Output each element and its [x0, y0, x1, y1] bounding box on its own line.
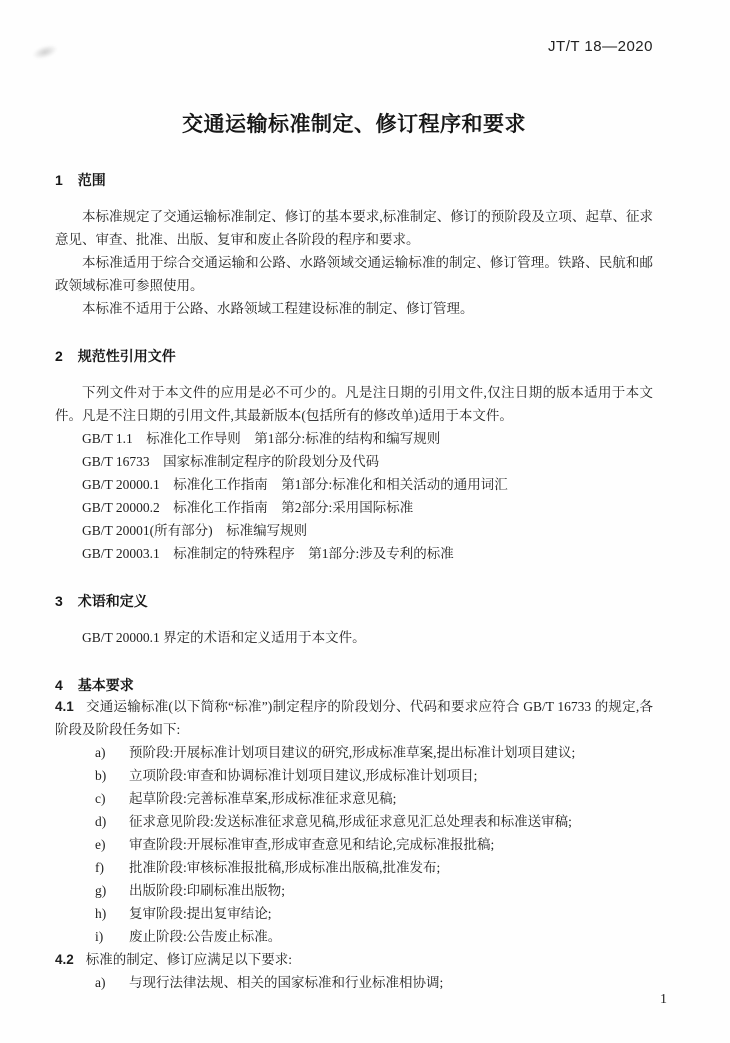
list-item-marker: i)	[95, 925, 129, 948]
section-2-number: 2	[55, 346, 63, 366]
list-item-marker: e)	[95, 833, 129, 856]
list-item-marker: d)	[95, 810, 129, 833]
section-2-title: 规范性引用文件	[78, 346, 176, 366]
reference-item: GB/T 20000.1 标准化工作指南 第1部分:标准化和相关活动的通用词汇	[55, 473, 653, 496]
list-item-marker: a)	[95, 971, 129, 994]
section-1-paragraph: 本标准不适用于公路、水路领域工程建设标准的制定、修订管理。	[55, 297, 653, 320]
list-item: h) 复审阶段:提出复审结论;	[55, 902, 653, 925]
list-item-text: 复审阶段:提出复审结论;	[129, 902, 653, 925]
document-code: JT/T 18—2020	[55, 38, 653, 56]
list-item: c) 起草阶段:完善标准草案,形成标准征求意见稿;	[55, 787, 653, 810]
list-item: g) 出版阶段:印刷标准出版物;	[55, 879, 653, 902]
list-item: a) 预阶段:开展标准计划项目建议的研究,形成标准草案,提出标准计划项目建议;	[55, 741, 653, 764]
section-1-paragraph: 本标准规定了交通运输标准制定、修订的基本要求,标准制定、修订的预阶段及立项、起草…	[55, 205, 653, 251]
section-4-number: 4	[55, 675, 63, 695]
clause-4-1: 4.1交通运输标准(以下简称“标准”)制定程序的阶段划分、代码和要求应符合 GB…	[55, 695, 653, 741]
clause-4-2-number: 4.2	[55, 952, 74, 967]
section-4-heading: 4 基本要求	[55, 675, 653, 695]
reference-item: GB/T 20001(所有部分) 标准编写规则	[55, 519, 653, 542]
list-item: d) 征求意见阶段:发送标准征求意见稿,形成征求意见汇总处理表和标准送审稿;	[55, 810, 653, 833]
section-1-number: 1	[55, 170, 63, 190]
reference-item: GB/T 20000.2 标准化工作指南 第2部分:采用国际标准	[55, 496, 653, 519]
list-item-text: 立项阶段:审查和协调标准计划项目建议,形成标准计划项目;	[129, 764, 653, 787]
document-page: JT/T 18—2020 交通运输标准制定、修订程序和要求 1 范围 本标准规定…	[0, 0, 730, 1043]
list-item-marker: h)	[95, 902, 129, 925]
section-3-title: 术语和定义	[78, 591, 148, 611]
scan-artifact	[31, 42, 59, 61]
list-item-text: 与现行法律法规、相关的国家标准和行业标准相协调;	[129, 971, 653, 994]
list-item-text: 预阶段:开展标准计划项目建议的研究,形成标准草案,提出标准计划项目建议;	[129, 741, 653, 764]
section-3-paragraph: GB/T 20000.1 界定的术语和定义适用于本文件。	[55, 626, 653, 649]
list-item-marker: a)	[95, 741, 129, 764]
clause-4-1-number: 4.1	[55, 699, 74, 714]
list-item-text: 废止阶段:公告废止标准。	[129, 925, 653, 948]
list-item-marker: f)	[95, 856, 129, 879]
clause-4-2-text: 标准的制定、修订应满足以下要求:	[86, 952, 292, 967]
reference-item: GB/T 16733 国家标准制定程序的阶段划分及代码	[55, 450, 653, 473]
section-1-title: 范围	[78, 170, 106, 190]
reference-item: GB/T 20003.1 标准制定的特殊程序 第1部分:涉及专利的标准	[55, 542, 653, 565]
list-item-marker: c)	[95, 787, 129, 810]
list-item: e) 审查阶段:开展标准审查,形成审查意见和结论,完成标准报批稿;	[55, 833, 653, 856]
list-item: a) 与现行法律法规、相关的国家标准和行业标准相协调;	[55, 971, 653, 994]
section-2-intro: 下列文件对于本文件的应用是必不可少的。凡是注日期的引用文件,仅注日期的版本适用于…	[55, 381, 653, 427]
list-item: b) 立项阶段:审查和协调标准计划项目建议,形成标准计划项目;	[55, 764, 653, 787]
section-1-paragraph: 本标准适用于综合交通运输和公路、水路领域交通运输标准的制定、修订管理。铁路、民航…	[55, 251, 653, 297]
reference-item: GB/T 1.1 标准化工作导则 第1部分:标准的结构和编写规则	[55, 427, 653, 450]
document-body: 1 范围 本标准规定了交通运输标准制定、修订的基本要求,标准制定、修订的预阶段及…	[55, 170, 653, 994]
list-item-text: 批准阶段:审核标准报批稿,形成标准出版稿,批准发布;	[129, 856, 653, 879]
section-3-number: 3	[55, 591, 63, 611]
list-item-marker: b)	[95, 764, 129, 787]
document-title: 交通运输标准制定、修订程序和要求	[55, 112, 653, 138]
section-2-heading: 2 规范性引用文件	[55, 346, 653, 366]
list-item-marker: g)	[95, 879, 129, 902]
page-number: 1	[660, 990, 667, 1010]
section-1-heading: 1 范围	[55, 170, 653, 190]
section-3-heading: 3 术语和定义	[55, 591, 653, 611]
section-4-title: 基本要求	[78, 675, 134, 695]
list-item-text: 审查阶段:开展标准审查,形成审查意见和结论,完成标准报批稿;	[129, 833, 653, 856]
list-item-text: 征求意见阶段:发送标准征求意见稿,形成征求意见汇总处理表和标准送审稿;	[129, 810, 653, 833]
list-item-text: 起草阶段:完善标准草案,形成标准征求意见稿;	[129, 787, 653, 810]
list-item: f) 批准阶段:审核标准报批稿,形成标准出版稿,批准发布;	[55, 856, 653, 879]
list-item: i) 废止阶段:公告废止标准。	[55, 925, 653, 948]
clause-4-2: 4.2标准的制定、修订应满足以下要求:	[55, 948, 653, 971]
clause-4-1-text: 交通运输标准(以下简称“标准”)制定程序的阶段划分、代码和要求应符合 GB/T …	[55, 699, 653, 737]
list-item-text: 出版阶段:印刷标准出版物;	[129, 879, 653, 902]
